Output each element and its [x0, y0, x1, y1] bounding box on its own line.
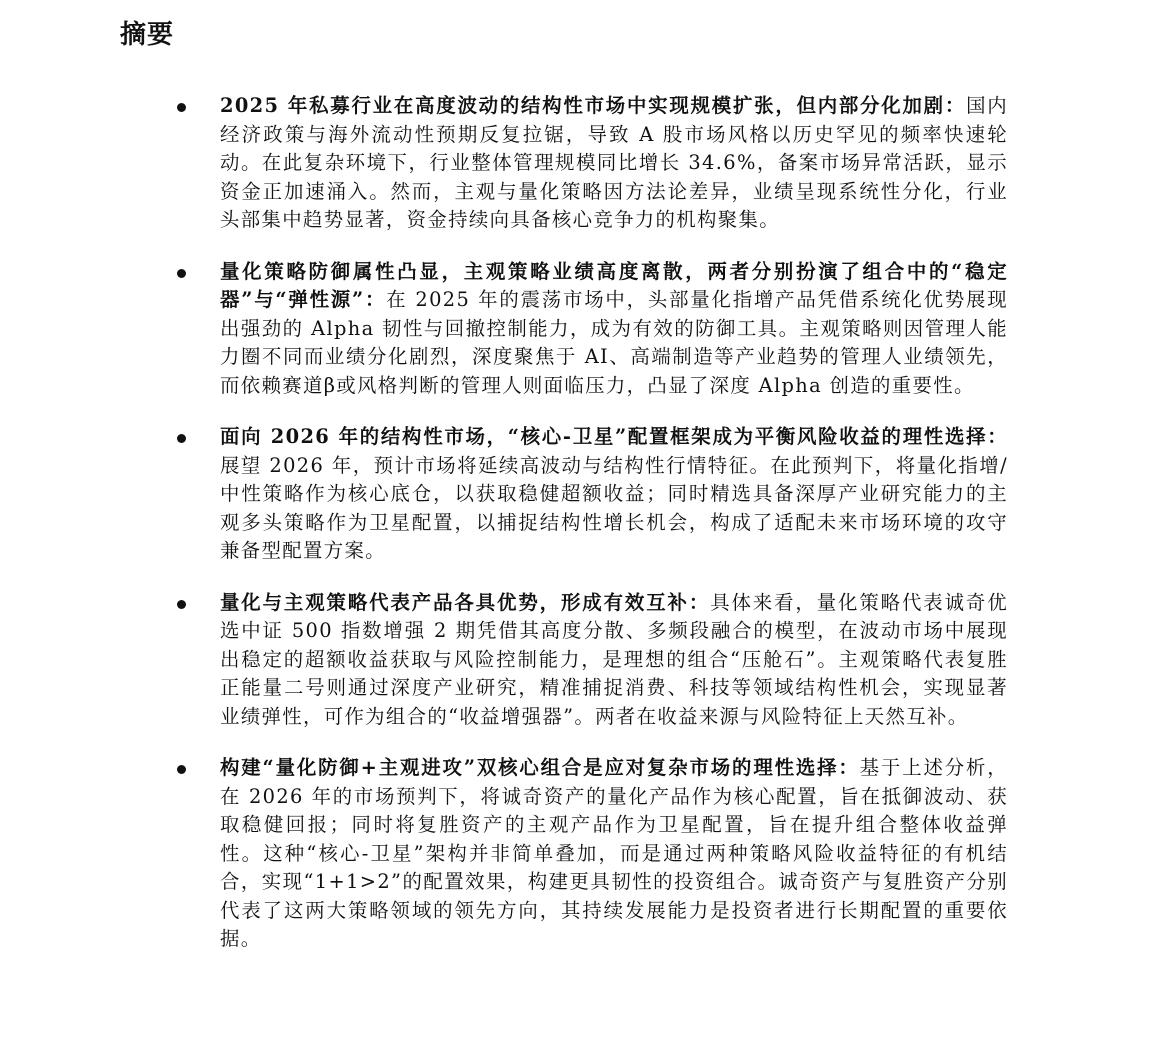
bullet-icon [177, 434, 186, 443]
summary-item-lead: 面向 2026 年的结构性市场，“核心-卫星”配置框架成为平衡风险收益的理性选择… [220, 425, 1008, 448]
summary-item-lead: 量化与主观策略代表产品各具优势，形成有效互补： [220, 591, 710, 614]
page-title: 摘要 [120, 16, 174, 54]
summary-item-text: 面向 2026 年的结构性市场，“核心-卫星”配置框架成为平衡风险收益的理性选择… [220, 423, 1008, 566]
summary-item-body: 展望 2026 年，预计市场将延续高波动与结构性行情特征。在此预判下，将量化指增… [220, 454, 1008, 563]
summary-item-representative-products: 量化与主观策略代表产品各具优势，形成有效互补：具体来看，量化策略代表诚奇优选中证… [0, 589, 1008, 732]
summary-item-text: 2025 年私募行业在高度波动的结构性市场中实现规模扩张，但内部分化加剧：国内经… [220, 92, 1008, 235]
summary-item-lead: 构建“量化防御+主观进攻”双核心组合是应对复杂市场的理性选择： [220, 756, 860, 779]
summary-item-lead: 2025 年私募行业在高度波动的结构性市场中实现规模扩张，但内部分化加剧： [220, 94, 966, 117]
summary-item-text: 量化策略防御属性凸显，主观策略业绩高度离散，两者分别扮演了组合中的“稳定器”与“… [220, 258, 1008, 401]
summary-item-dual-core-portfolio: 构建“量化防御+主观进攻”双核心组合是应对复杂市场的理性选择：基于上述分析，在 … [0, 754, 1008, 954]
summary-item-core-satellite: 面向 2026 年的结构性市场，“核心-卫星”配置框架成为平衡风险收益的理性选择… [0, 423, 1008, 566]
summary-item-strategy-roles: 量化策略防御属性凸显，主观策略业绩高度离散，两者分别扮演了组合中的“稳定器”与“… [0, 258, 1008, 401]
bullet-icon [177, 600, 186, 609]
summary-list: 2025 年私募行业在高度波动的结构性市场中实现规模扩张，但内部分化加剧：国内经… [0, 92, 1170, 977]
bullet-icon [177, 103, 186, 112]
summary-item-text: 构建“量化防御+主观进攻”双核心组合是应对复杂市场的理性选择：基于上述分析，在 … [220, 754, 1008, 954]
summary-item-body: 基于上述分析，在 2026 年的市场预判下，将诚奇资产的量化产品作为核心配置，旨… [220, 756, 1008, 950]
summary-item-text: 量化与主观策略代表产品各具优势，形成有效互补：具体来看，量化策略代表诚奇优选中证… [220, 589, 1008, 732]
summary-item-market-expansion: 2025 年私募行业在高度波动的结构性市场中实现规模扩张，但内部分化加剧：国内经… [0, 92, 1008, 235]
bullet-icon [177, 269, 186, 278]
bullet-icon [177, 765, 186, 774]
